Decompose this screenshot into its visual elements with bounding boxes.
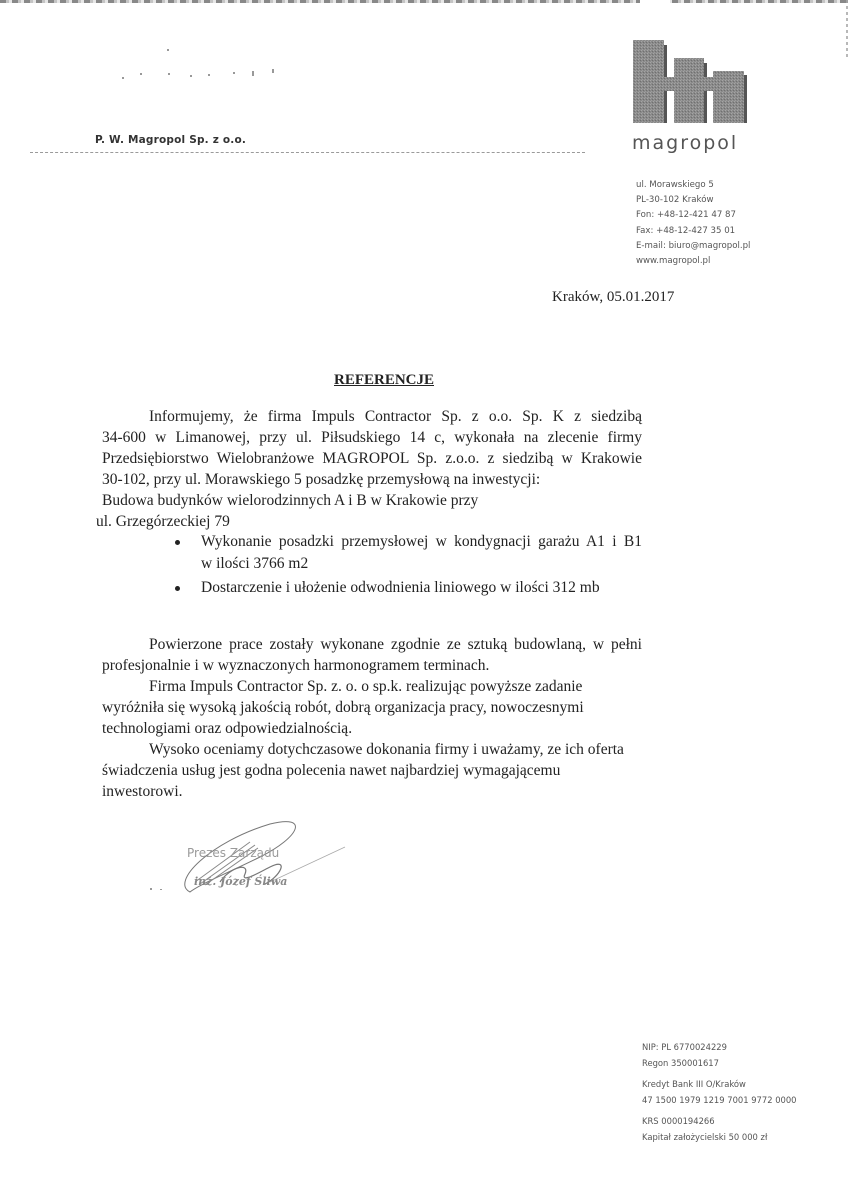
footer-nip: NIP: PL 6770024229 (642, 1039, 797, 1055)
closing-line: Firma Impuls Contractor Sp. z. o. o sp.k… (102, 676, 642, 697)
scope-item: Dostarczenie i ułożenie odwodnienia lini… (172, 577, 642, 599)
scan-edge-top (0, 0, 848, 3)
header-divider (30, 152, 585, 153)
closing-line: Wysoko oceniamy dotychczasowe dokonania … (102, 739, 642, 760)
scan-noise (120, 65, 280, 85)
footer-account: 47 1500 1979 1219 7001 9772 0000 (642, 1092, 797, 1108)
intro-line: Budowa budynków wielorodzinnych A i B w … (102, 490, 642, 511)
signature-name: inż. Józef Śliwa (194, 875, 287, 888)
intro-line: Przedsiębiorstwo Wielobranżowe MAGROPOL … (102, 448, 642, 469)
scope-list: Wykonanie posadzki przemysłowej w kondyg… (172, 531, 642, 601)
intro-line: 30-102, przy ul. Morawskiego 5 posadzkę … (102, 469, 642, 490)
company-header: P. W. Magropol Sp. z o.o. (95, 134, 246, 146)
scope-item-line: w ilości 3766 m2 (201, 553, 642, 575)
scope-item-line: Wykonanie posadzki przemysłowej w kondyg… (201, 531, 642, 553)
closing-line: świadczenia usług jest godna polecenia n… (102, 760, 642, 781)
contact-block: ul. Morawskiego 5 PL-30-102 Kraków Fon: … (636, 178, 750, 269)
intro-line: Informujemy, że firma Impuls Contractor … (102, 406, 642, 427)
closing-line: wyróżniła się wysoką jakością robót, dob… (102, 697, 642, 718)
logo-wordmark: magropol (632, 132, 738, 154)
intro-line: 34-600 w Limanowej, przy ul. Piłsudskieg… (102, 427, 642, 448)
closing-line: Powierzone prace zostały wykonane zgodni… (102, 634, 642, 655)
contact-website: www.magropol.pl (636, 254, 750, 269)
contact-street: ul. Morawskiego 5 (636, 178, 750, 193)
signature-role: Prezes Zarządu (187, 846, 279, 860)
intro-line: ul. Grzegórzeckiej 79 (96, 511, 642, 532)
intro-paragraph: Informujemy, że firma Impuls Contractor … (102, 406, 642, 532)
footer-bank: Kredyt Bank III O/Kraków (642, 1076, 797, 1092)
company-registration-footer: NIP: PL 6770024229 Regon 350001617 Kredy… (642, 1039, 797, 1150)
footer-krs: KRS 0000194266 (642, 1113, 797, 1129)
scope-item-line: Dostarczenie i ułożenie odwodnienia lini… (201, 577, 642, 599)
building-blocks-logo-icon (632, 35, 752, 130)
footer-regon: Regon 350001617 (642, 1055, 797, 1071)
closing-line: inwestorowi. (102, 781, 642, 802)
contact-email: E-mail: biuro@magropol.pl (636, 239, 750, 254)
letter-title: REFERENCJE (0, 372, 848, 389)
letter-date: Kraków, 05.01.2017 (552, 289, 674, 306)
contact-phone: Fon: +48-12-421 47 87 (636, 208, 750, 223)
contact-postal: PL-30-102 Kraków (636, 193, 750, 208)
scope-item: Wykonanie posadzki przemysłowej w kondyg… (172, 531, 642, 575)
letter-title-text: REFERENCJE (334, 372, 434, 388)
closing-line: profesjonalnie i w wyznaczonych harmonog… (102, 655, 642, 676)
closing-line: technologiami oraz odpowiedzialnością. (102, 718, 642, 739)
footer-capital: Kapitał założycielski 50 000 zł (642, 1129, 797, 1145)
closing-paragraphs: Powierzone prace zostały wykonane zgodni… (102, 634, 642, 802)
contact-fax: Fax: +48-12-427 35 01 (636, 224, 750, 239)
